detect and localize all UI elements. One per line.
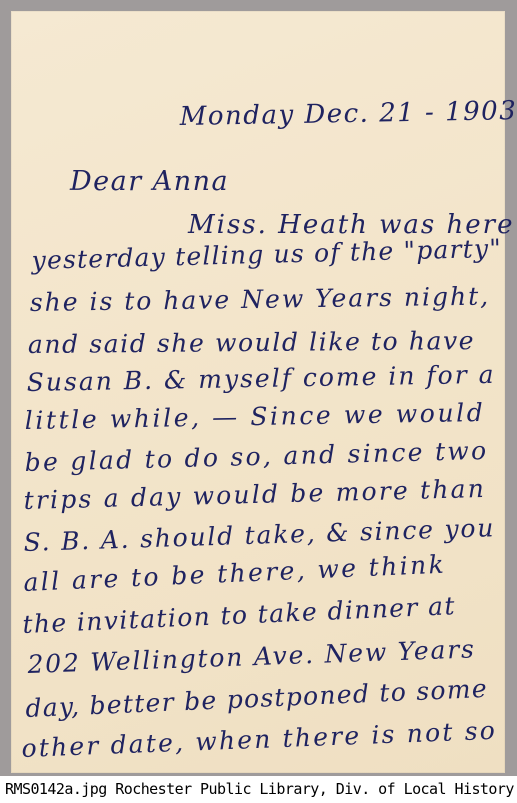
letter-salutation: Dear Anna: [70, 168, 229, 195]
image-caption: RMS0142a.jpg Rochester Public Library, D…: [5, 780, 514, 798]
letter-line-3: she is to have New Years night,: [30, 284, 491, 315]
letter-line-6: little while, — Since we would: [25, 400, 486, 433]
letter-line-5: Susan B. & myself come in for a: [27, 362, 496, 395]
letter-dateline: Monday Dec. 21 - 1903: [180, 98, 517, 130]
letter-line-4: and said she would like to have: [28, 328, 475, 357]
